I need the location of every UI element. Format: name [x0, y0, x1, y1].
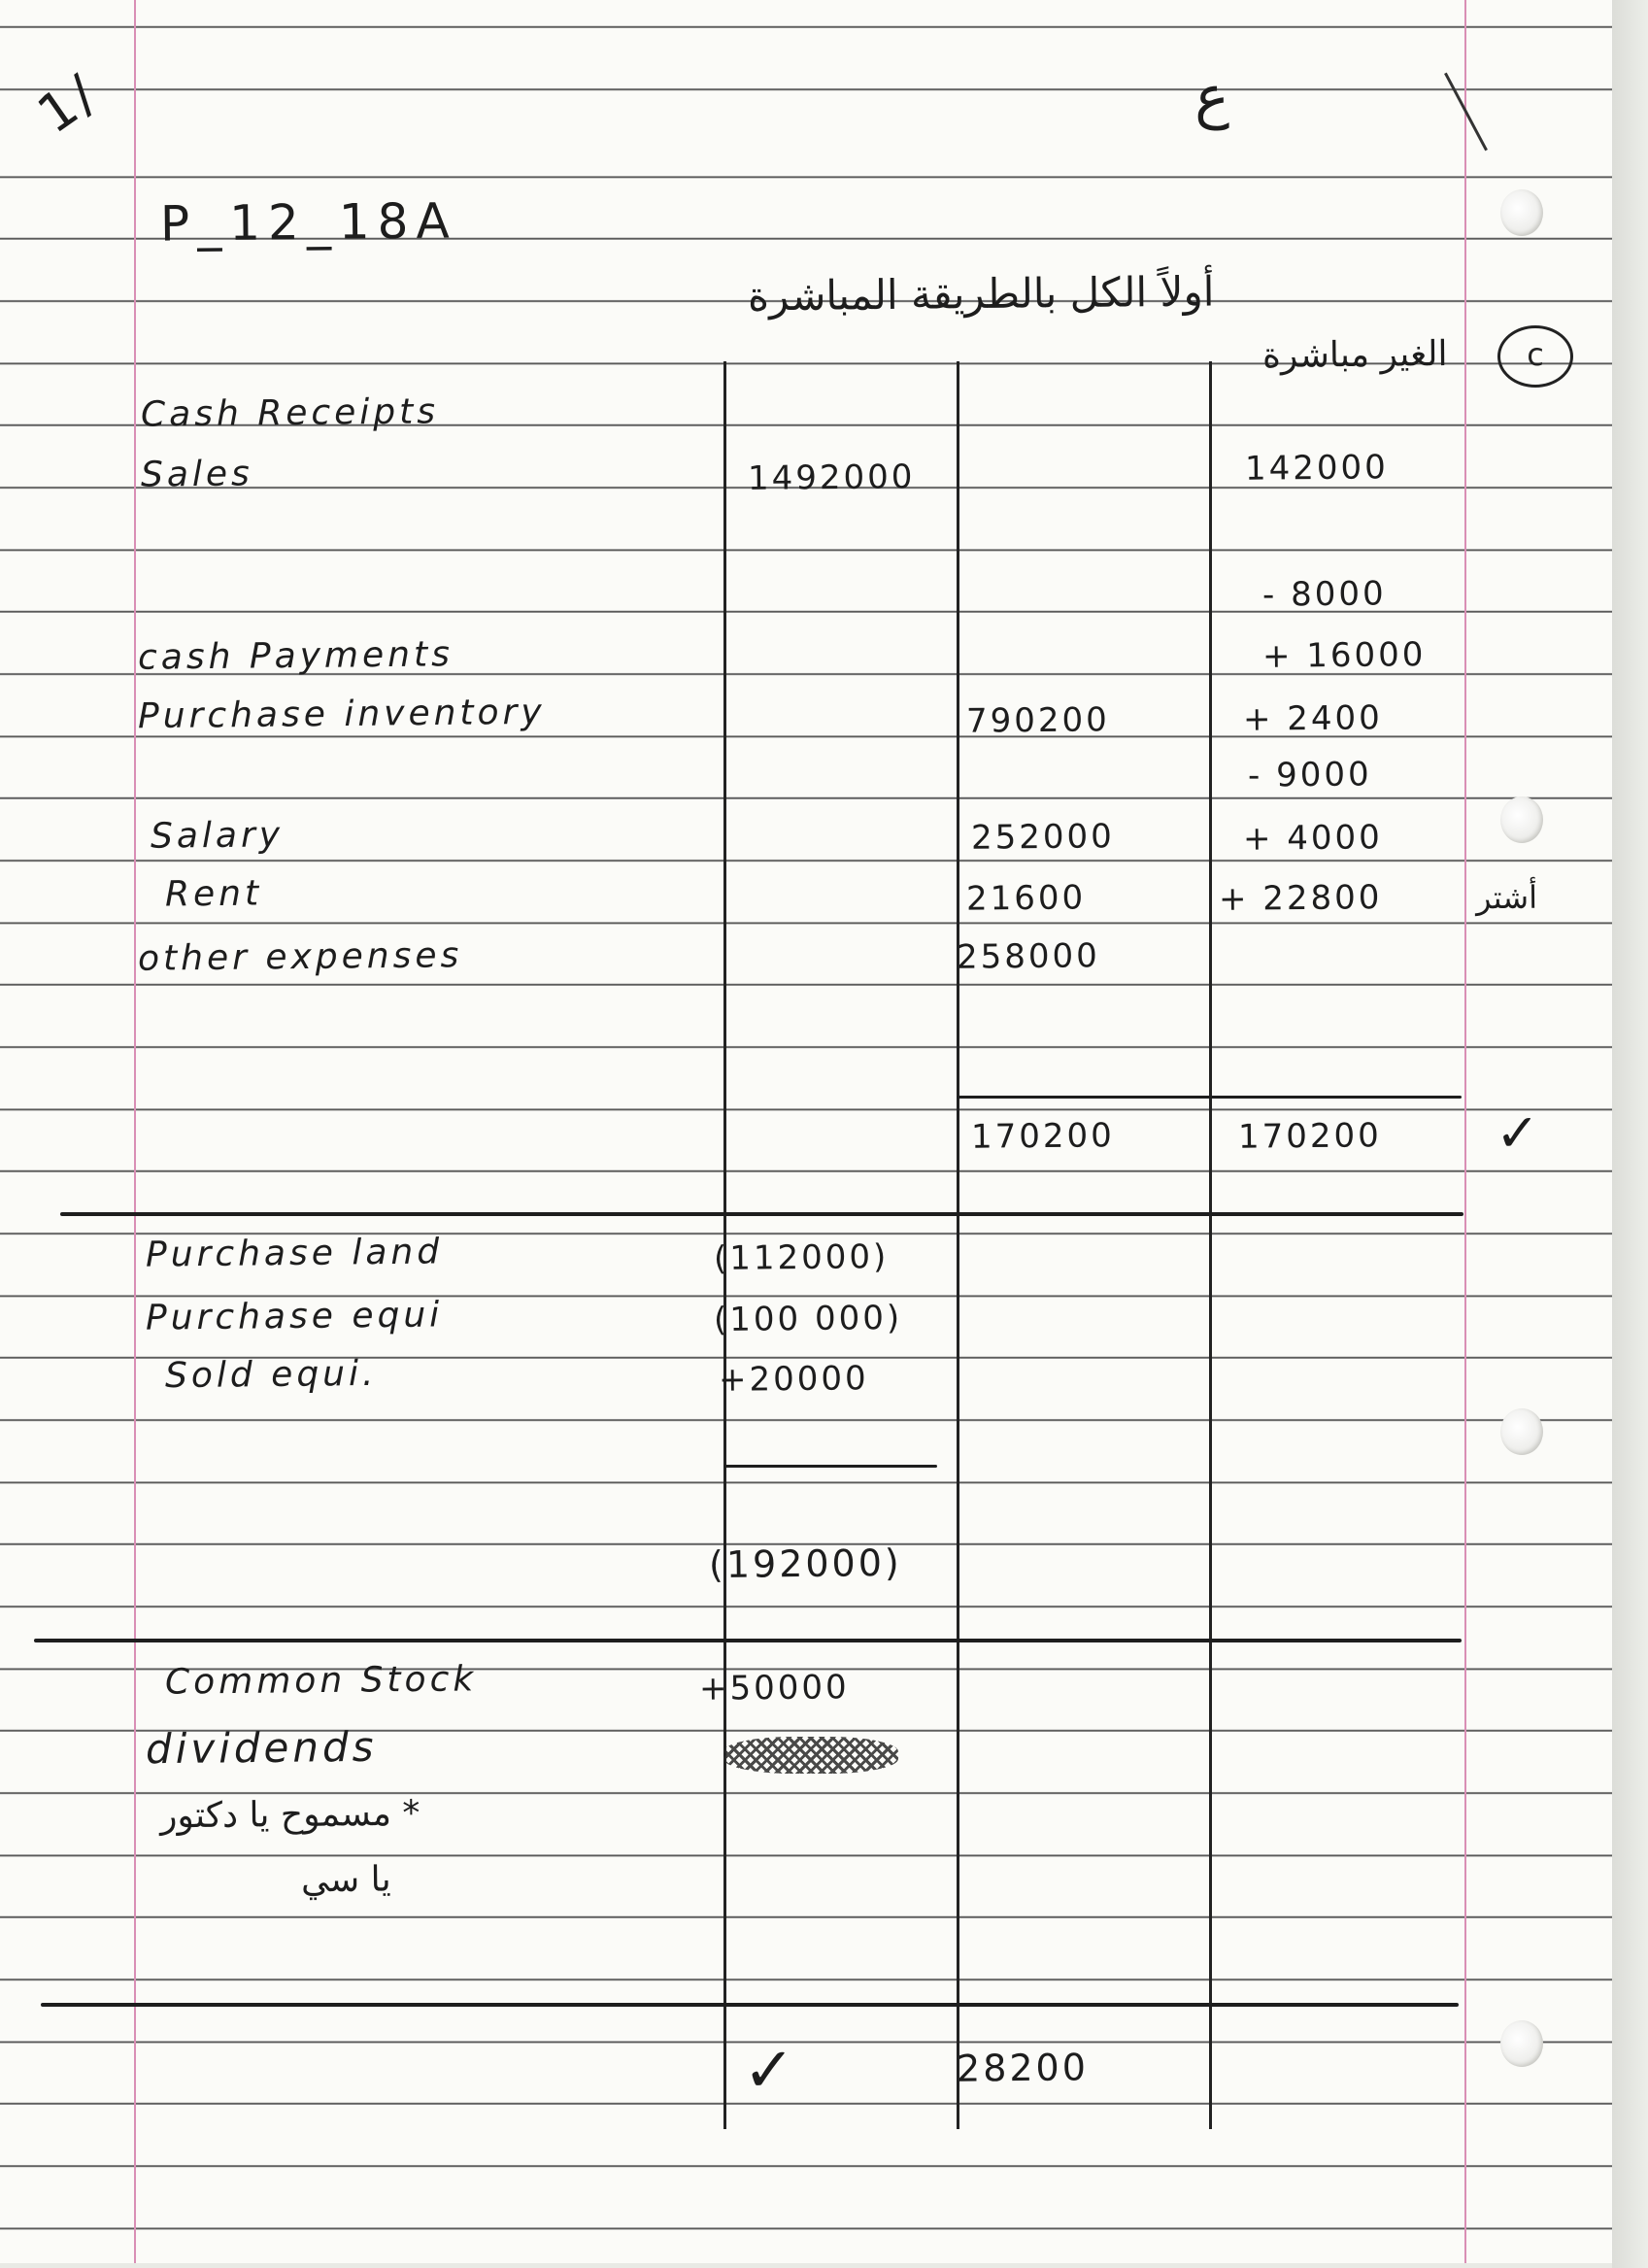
cash-payments-heading: cash Payments [138, 634, 454, 677]
other-expenses-value: 258000 [957, 936, 1100, 977]
row-label-rent: Rent [165, 873, 263, 914]
subtotal-underline [957, 1096, 1462, 1099]
sales-direct-value: 1492000 [748, 457, 916, 498]
problem-number: P_12_18A [160, 192, 457, 252]
direct-method-total: 170200 [971, 1116, 1115, 1157]
investing-subtotal-underline [723, 1465, 937, 1468]
purchase-inventory-value: 790200 [966, 700, 1110, 741]
row-label-sales: Sales [141, 454, 253, 494]
row-label-salary: Salary [151, 815, 285, 856]
net-change-in-cash: 28200 [957, 2046, 1089, 2089]
binder-hole-3 [1500, 1408, 1543, 1455]
adjustment-2: + 16000 [1262, 635, 1427, 676]
grade-mark: ع [1194, 63, 1230, 131]
row-label-purchase-inventory: Purchase inventory [138, 693, 546, 736]
column-divider-3 [1209, 361, 1212, 2129]
adjustment-6: + 22800 [1219, 878, 1383, 919]
sold-equipment-value: +20000 [719, 1359, 869, 1400]
arabic-note-line1: * مسموح يا دكتور [160, 1794, 420, 1837]
salary-value: 252000 [971, 817, 1115, 858]
left-margin-line [134, 0, 136, 2263]
row-label-purchase-land: Purchase land [146, 1232, 443, 1274]
sales-indirect-value: 142000 [1245, 448, 1389, 489]
purchase-equipment-value: (100 000) [714, 1299, 903, 1339]
checkmark-icon: ✓ [743, 2035, 795, 2107]
row-label-purchase-equipment: Purchase equi [146, 1295, 444, 1337]
arabic-side-note: أشتر [1476, 879, 1537, 917]
column-divider-2 [957, 361, 959, 2129]
adjustment-5: + 4000 [1243, 818, 1383, 859]
arabic-instruction-line1: أولاً الكل بالطريقة المباشرة [748, 267, 1215, 320]
adjustment-1: - 8000 [1262, 574, 1387, 614]
financing-section-rule [41, 2003, 1459, 2007]
checkmark-icon: ✓ [1496, 1102, 1539, 1164]
rent-value: 21600 [966, 878, 1087, 918]
purchase-land-value: (112000) [714, 1237, 890, 1278]
binder-hole-4 [1500, 2020, 1543, 2067]
arabic-note-line2: يا سي [301, 1860, 391, 1901]
arabic-instruction-line2: الغير مباشرة [1262, 334, 1448, 376]
cash-receipts-heading: Cash Receipts [141, 391, 439, 434]
right-margin-line [1464, 0, 1466, 2263]
binder-hole-1 [1500, 189, 1543, 236]
adjustment-4: - 9000 [1248, 755, 1372, 795]
adjustment-3: + 2400 [1243, 698, 1383, 739]
circled-part-label: c [1497, 325, 1573, 388]
row-label-sold-equipment: Sold equi. [165, 1354, 378, 1396]
row-label-other-expenses: other expenses [138, 935, 463, 978]
row-label-dividends: dividends [146, 1723, 378, 1773]
binder-hole-2 [1500, 796, 1543, 843]
common-stock-value: +50000 [699, 1668, 850, 1709]
investing-total: (192000) [709, 1541, 902, 1586]
indirect-method-total: 170200 [1238, 1116, 1382, 1157]
row-label-common-stock: Common Stock [165, 1659, 478, 1702]
investing-section-rule [34, 1639, 1462, 1642]
crossed-out-dividends-value [723, 1737, 898, 1774]
scan-background-edge [1612, 0, 1648, 2268]
operating-section-rule [60, 1212, 1463, 1216]
